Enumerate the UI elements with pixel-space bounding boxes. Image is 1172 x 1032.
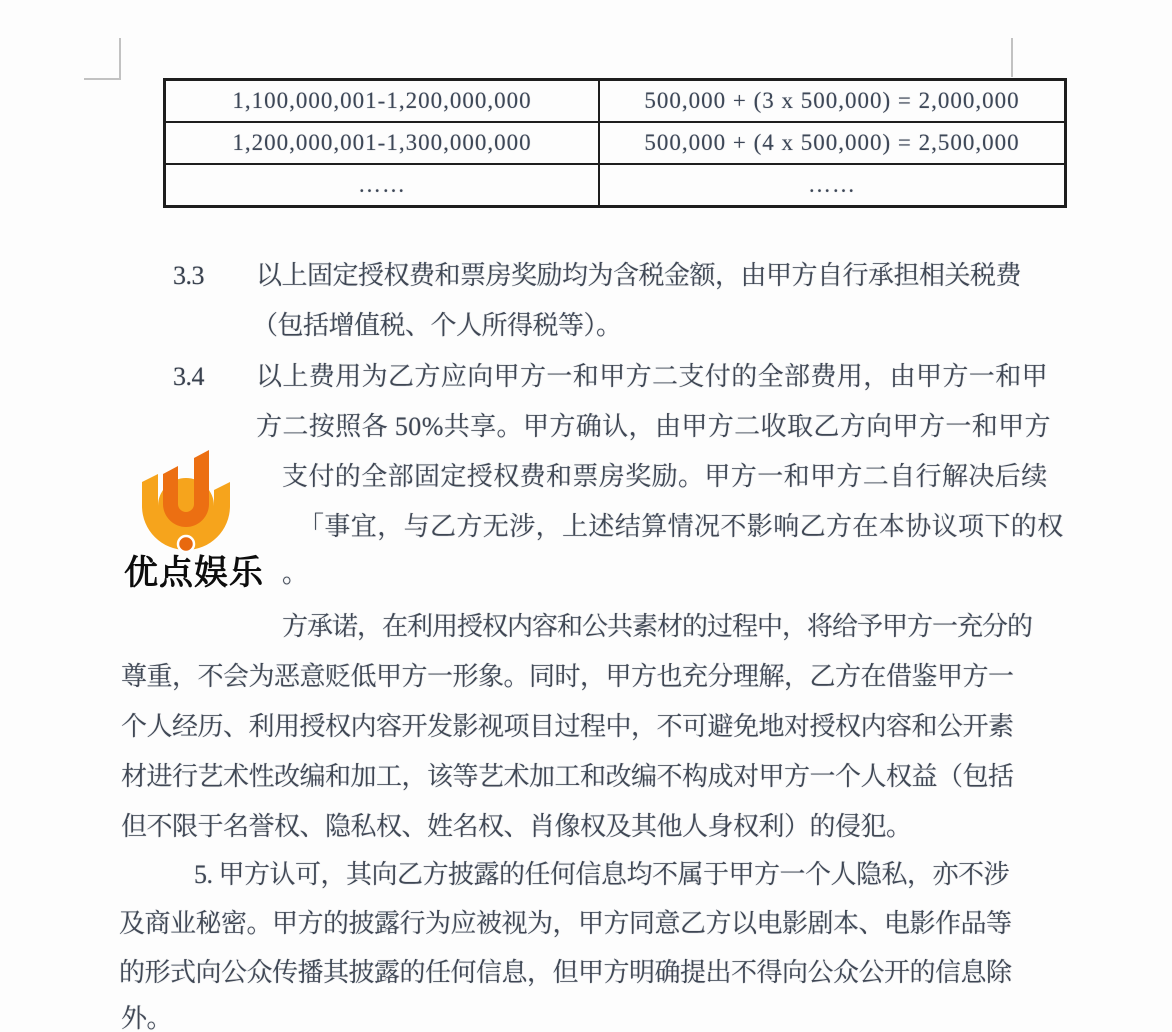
- youdian-logo-icon: [136, 444, 236, 560]
- page-corner-mark-top-right-vertical: [1011, 38, 1013, 77]
- clause-34-line: 方二按照各 50%共享。甲方确认，由甲方二收取乙方向甲方一和甲方: [256, 413, 1051, 440]
- para-4-line: 但不限于名誉权、隐私权、姓名权、肖像权及其他人身权利）的侵犯。: [121, 813, 912, 840]
- table-row: …… ……: [165, 164, 1066, 207]
- para-4-line: 尊重，不会为恶意贬低甲方一形象。同时，甲方也充分理解，乙方在借鉴甲方一: [121, 663, 1014, 690]
- para-5-line: 5. 甲方认可，其向乙方披露的任何信息均不属于甲方一个人隐私，亦不涉: [194, 861, 1009, 888]
- clause-33-number: 3.3: [173, 262, 204, 289]
- page-corner-mark-top-left-vertical: [119, 38, 121, 79]
- para-4-line: 材进行艺术性改编和加工，该等艺术加工和改编不构成对甲方一个人权益（包括: [121, 763, 1014, 790]
- clause-34-line: 支付的全部固定授权费和票房奖励。甲方一和甲方二自行解决后续: [282, 463, 1048, 490]
- table-cell-formula: 500,000 + (4 x 500,000) = 2,500,000: [599, 122, 1066, 164]
- table-cell-formula: 500,000 + (3 x 500,000) = 2,000,000: [599, 80, 1066, 123]
- clause-33-line: （包括增值税、个人所得税等）。: [252, 312, 622, 339]
- para-4-line: 方承诺，在利用授权内容和公共素材的过程中，将给予甲方一充分的: [282, 613, 1032, 640]
- clause-34-number: 3.4: [173, 363, 204, 390]
- clause-34-line: 「事宜，与乙方无涉，上述结算情况不影响乙方在本协议项下的权: [298, 513, 1064, 540]
- logo-dot: [178, 536, 194, 552]
- fee-table: 1,100,000,001-1,200,000,000 500,000 + (3…: [163, 78, 1067, 208]
- para-5-line: 的形式向公众传播其披露的任何信息，但甲方明确提出不得向公众公开的信息除: [119, 959, 1012, 986]
- table-cell-range: ……: [165, 164, 600, 207]
- table-cell-formula: ……: [599, 164, 1066, 207]
- table-cell-range: 1,200,000,001-1,300,000,000: [165, 122, 600, 164]
- para-5-line: 外。: [121, 1005, 172, 1032]
- youdian-logo-wordmark: 优点娱乐: [124, 554, 264, 592]
- para-5-line: 及商业秘密。甲方的披露行为应被视为，甲方同意乙方以电影剧本、电影作品等: [119, 910, 1012, 937]
- page-corner-mark-top-left-horizontal: [84, 78, 121, 80]
- table-row: 1,100,000,001-1,200,000,000 500,000 + (3…: [165, 80, 1066, 123]
- para-4-line: 个人经历、利用授权内容开发影视项目过程中，不可避免地对授权内容和公开素: [121, 713, 1014, 740]
- clause-34-line: 以上费用为乙方应向甲方一和甲方二支付的全部费用，由甲方一和甲: [256, 363, 1048, 390]
- clause-34-line: 。: [282, 560, 308, 587]
- clause-33-line: 以上固定授权费和票房奖励均为含税金额，由甲方自行承担相关税费: [256, 262, 1021, 289]
- contract-document-page: 1,100,000,001-1,200,000,000 500,000 + (3…: [0, 0, 1172, 1032]
- table-cell-range: 1,100,000,001-1,200,000,000: [165, 80, 600, 123]
- table-row: 1,200,000,001-1,300,000,000 500,000 + (4…: [165, 122, 1066, 164]
